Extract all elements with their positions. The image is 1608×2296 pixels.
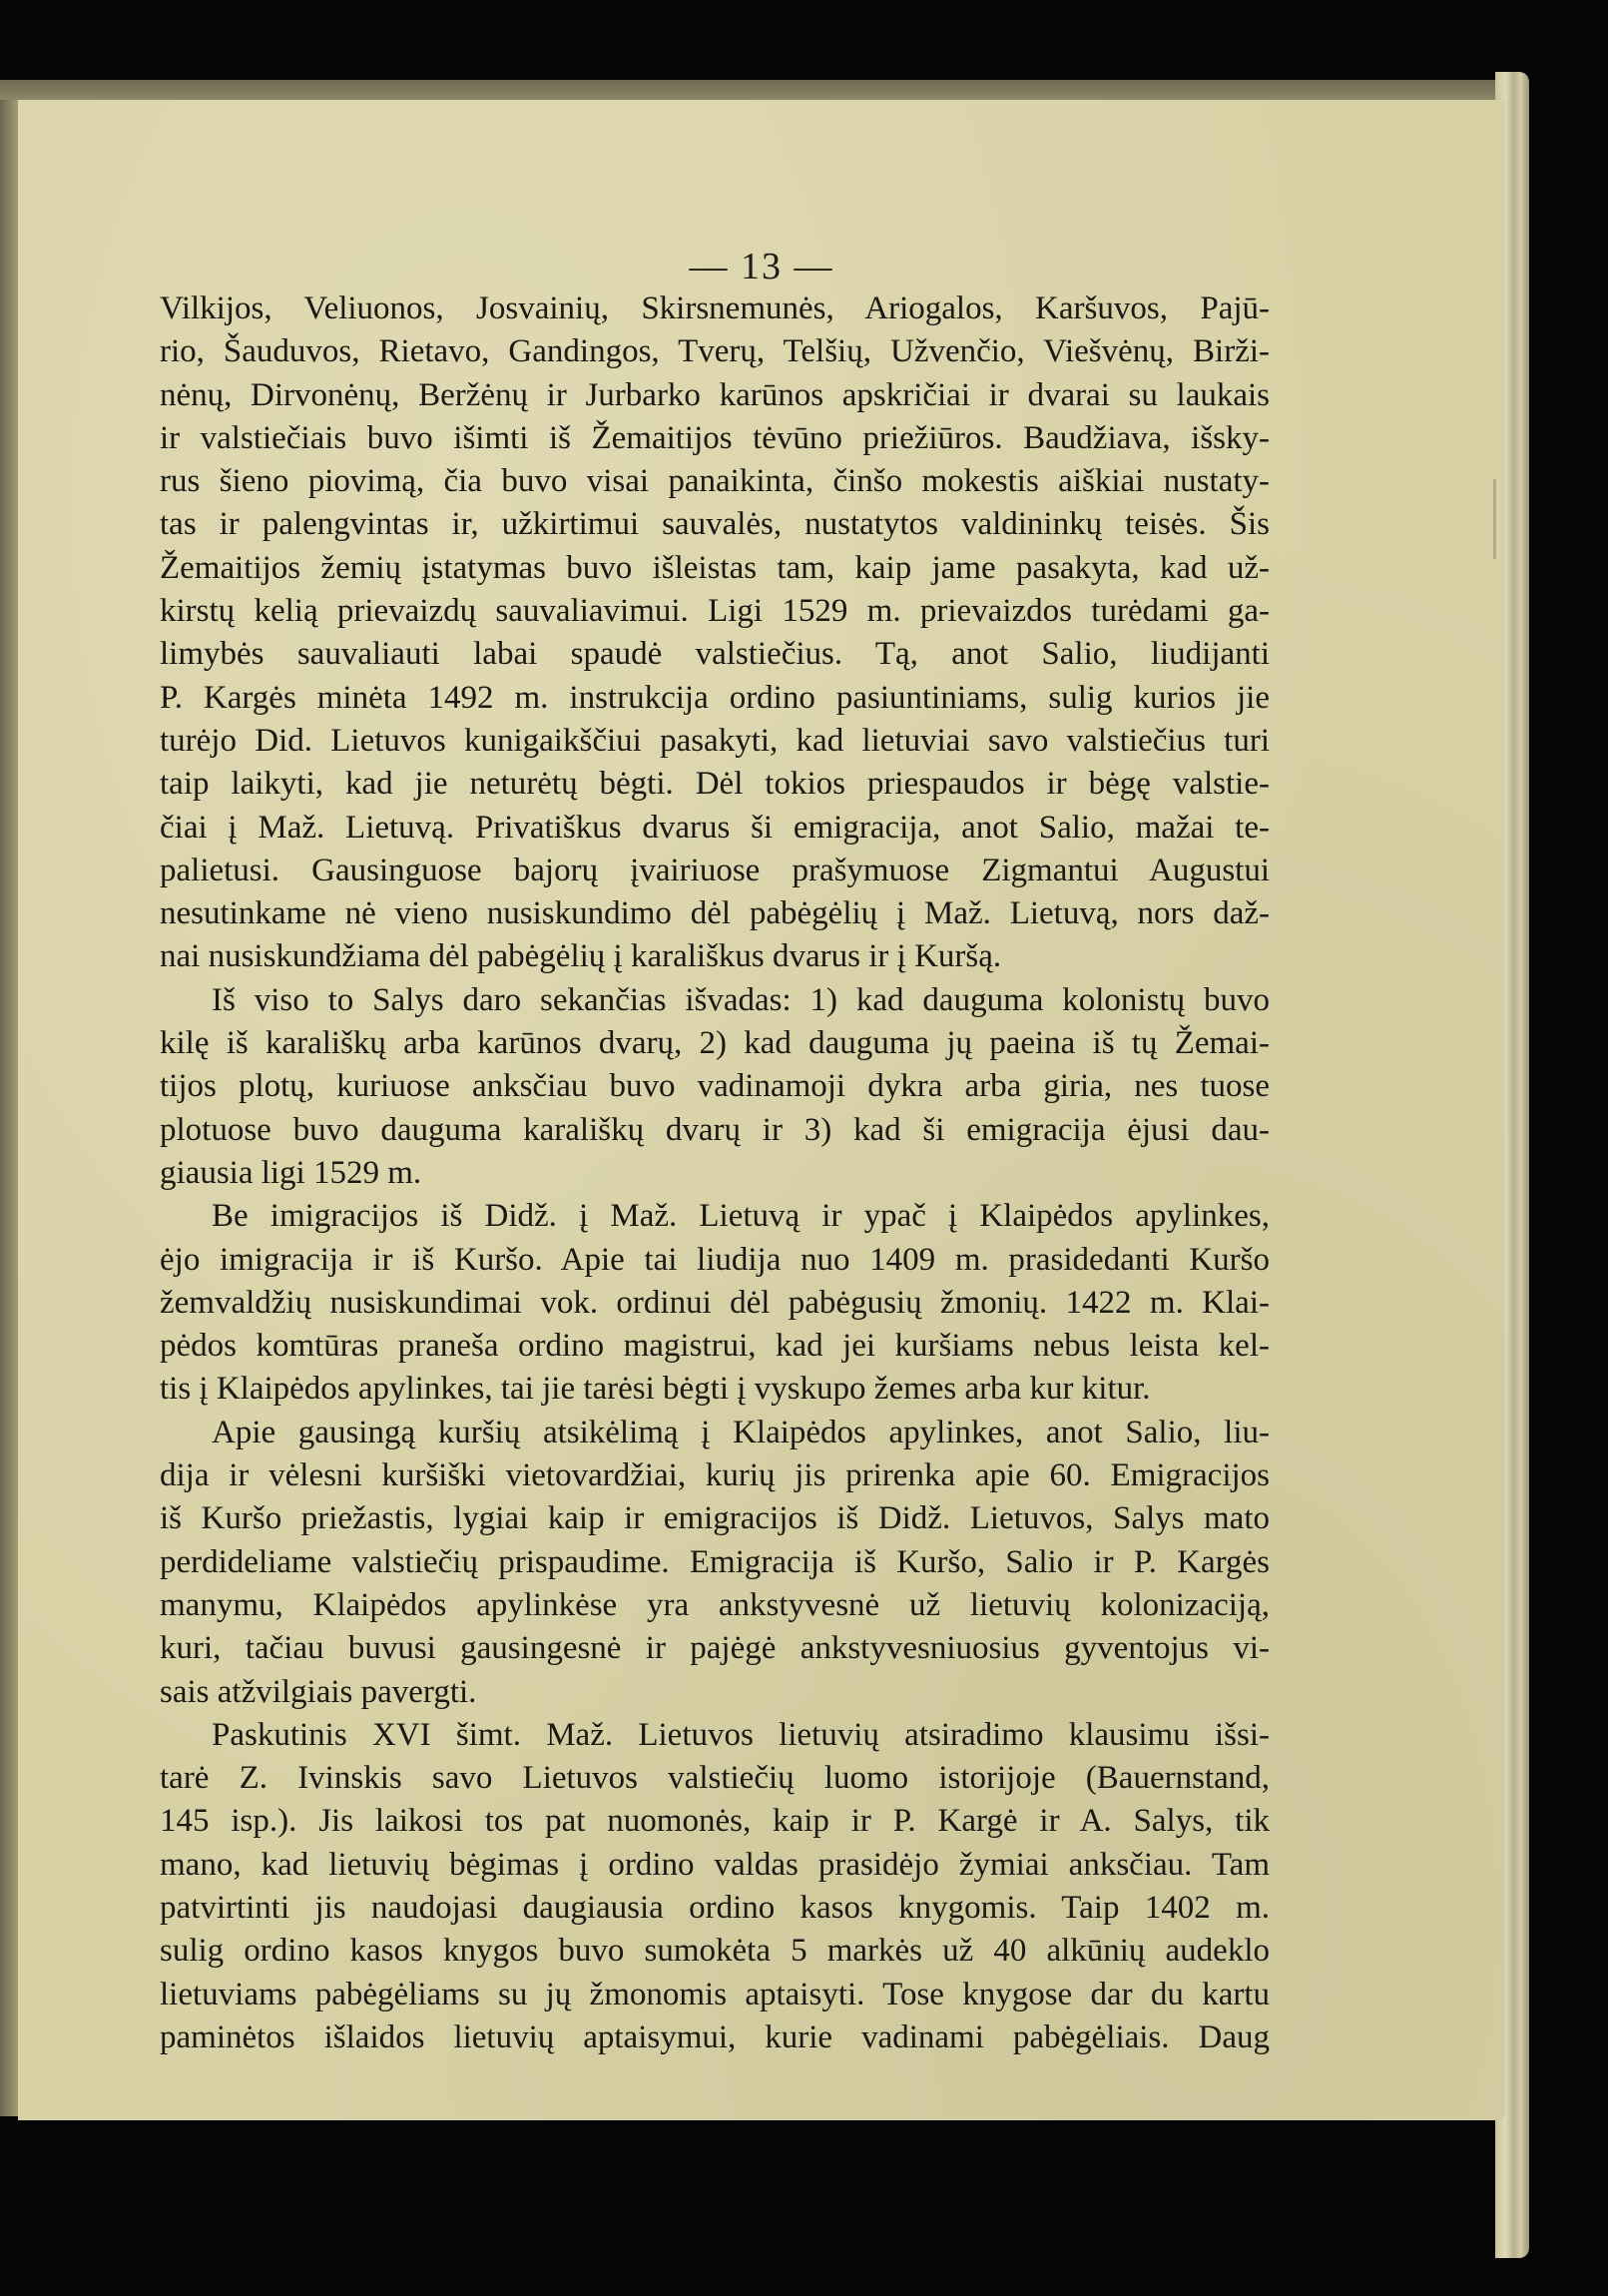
text-line: ėjo imigracija ir iš Kuršo. Apie tai liu… [160, 1239, 1270, 1282]
text-line: paminėtos išlaidos lietuvių aptaisymui, … [160, 2016, 1270, 2059]
text-line: nai nusiskundžiama dėl pabėgėlių į karal… [160, 935, 1270, 978]
text-line: sais atžvilgiais pavergti. [160, 1671, 1270, 1714]
text-line: patvirtinti jis naudojasi daugiausia ord… [160, 1887, 1270, 1930]
text-line: tijos plotų, kuriuose anksčiau buvo vadi… [160, 1065, 1270, 1108]
text-line: ir valstiečiais buvo išimti iš Žemaitijo… [160, 417, 1270, 460]
text-line: kilę iš karališkų arba karūnos dvarų, 2)… [160, 1022, 1270, 1065]
text-line: P. Kargės minėta 1492 m. instrukcija ord… [160, 677, 1270, 720]
text-line: palietusi. Gausinguose bajorų įvairiuose… [160, 850, 1270, 892]
paragraph: Be imigracijos iš Didž. į Maž. Lietuvą i… [160, 1195, 1270, 1411]
body-text: Vilkijos, Veliuonos, Josvainių, Skirsnem… [160, 287, 1270, 2059]
text-line: Iš viso to Salys daro sekančias išvadas:… [160, 979, 1270, 1022]
text-line: Be imigracijos iš Didž. į Maž. Lietuvą i… [160, 1195, 1270, 1238]
text-line: kirstų kelią prievaizdų sauvaliavimui. L… [160, 590, 1270, 633]
text-line: Vilkijos, Veliuonos, Josvainių, Skirsnem… [160, 287, 1270, 330]
text-line: taip laikyti, kad jie neturėtų bėgti. Dė… [160, 763, 1270, 806]
book-page: — 13 — Vilkijos, Veliuonos, Josvainių, S… [18, 100, 1505, 2120]
text-line: pėdos komtūras praneša ordino magistrui,… [160, 1325, 1270, 1368]
text-line: manymu, Klaipėdos apylinkėse yra ankstyv… [160, 1584, 1270, 1627]
text-line: iš Kuršo priežastis, lygiai kaip ir emig… [160, 1497, 1270, 1540]
paragraph: Vilkijos, Veliuonos, Josvainių, Skirsnem… [160, 287, 1270, 979]
text-line: dija ir vėlesni kuršiški vietovardžiai, … [160, 1454, 1270, 1497]
text-line: žemvaldžių nusiskundimai vok. ordinui dė… [160, 1282, 1270, 1325]
margin-mark [1493, 479, 1496, 559]
text-line: perdideliame valstiečių prispaudime. Emi… [160, 1541, 1270, 1584]
book-edge-top [0, 80, 1497, 100]
paragraph: Paskutinis XVI šimt. Maž. Lietuvos lietu… [160, 1714, 1270, 2059]
text-line: plotuose buvo dauguma karališkų dvarų ir… [160, 1109, 1270, 1152]
text-line: sulig ordino kasos knygos buvo sumokėta … [160, 1930, 1270, 1973]
text-line: tas ir palengvintas ir, užkirtimui sauva… [160, 503, 1270, 546]
text-line: mano, kad lietuvių bėgimas į ordino vald… [160, 1844, 1270, 1887]
text-line: rio, Šauduvos, Rietavo, Gandingos, Tverų… [160, 330, 1270, 373]
text-line: kuri, tačiau buvusi gausingesnė ir pajėg… [160, 1627, 1270, 1670]
text-line: lietuviams pabėgėliams su jų žmonomis ap… [160, 1974, 1270, 2016]
text-line: čiai į Maž. Lietuvą. Privatiškus dvarus … [160, 807, 1270, 850]
text-line: limybės sauvaliauti labai spaudė valstie… [160, 633, 1270, 676]
text-line: nėnų, Dirvonėnų, Beržėnų ir Jurbarko kar… [160, 374, 1270, 417]
text-line: Paskutinis XVI šimt. Maž. Lietuvos lietu… [160, 1714, 1270, 1757]
text-line: Žemaitijos žemių įstatymas buvo išleista… [160, 547, 1270, 590]
text-line: nesutinkame nė vieno nusiskundimo dėl pa… [160, 892, 1270, 935]
text-line: turėjo Did. Lietuvos kunigaikščiui pasak… [160, 720, 1270, 763]
text-line: tis į Klaipėdos apylinkes, tai jie tarės… [160, 1368, 1270, 1411]
paragraph: Apie gausingą kuršių atsikėlimą į Klaipė… [160, 1412, 1270, 1714]
book-edge-left [0, 100, 20, 2116]
text-line: tarė Z. Ivinskis savo Lietuvos valstieči… [160, 1757, 1270, 1800]
page-number: — 13 — [18, 245, 1505, 288]
text-line: giausia ligi 1529 m. [160, 1152, 1270, 1195]
paragraph: Iš viso to Salys daro sekančias išvadas:… [160, 979, 1270, 1195]
text-line: rus šieno piovimą, čia buvo visai panaik… [160, 460, 1270, 503]
text-line: 145 isp.). Jis laikosi tos pat nuomonės,… [160, 1800, 1270, 1843]
text-line: Apie gausingą kuršių atsikėlimą į Klaipė… [160, 1412, 1270, 1454]
